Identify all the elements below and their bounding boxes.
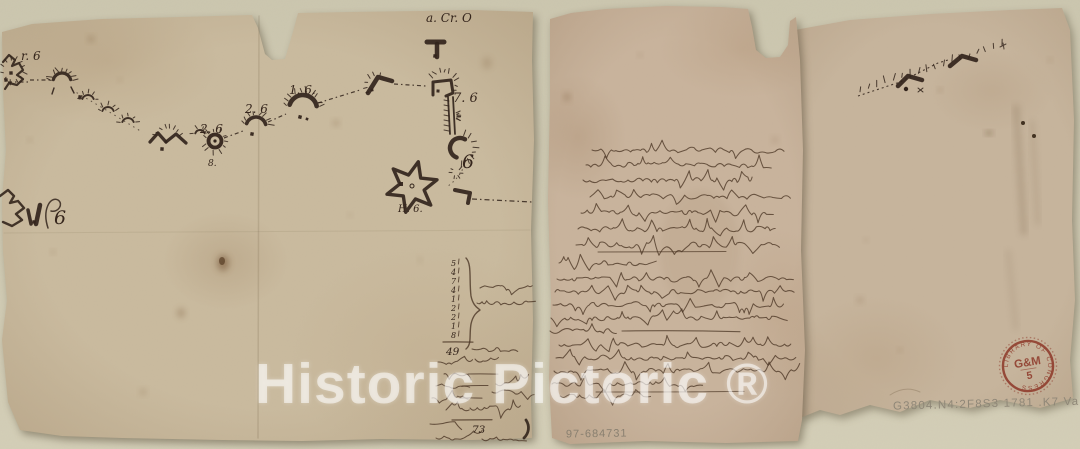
middle-text-sheet — [546, 5, 808, 445]
left-map-sheet — [2, 10, 534, 443]
left-map-sheet-wrap — [2, 10, 534, 443]
photographed-map-document: r. 6 2. 6 2. 6 1. 6. a. Cr. O 7. 6 6 H. … — [0, 0, 1080, 449]
right-blank-sheet — [790, 8, 1078, 420]
right-blank-sheet-wrap — [790, 8, 1078, 420]
middle-text-sheet-wrap — [546, 5, 808, 445]
negative-number-label: 97-684731 — [566, 427, 628, 440]
